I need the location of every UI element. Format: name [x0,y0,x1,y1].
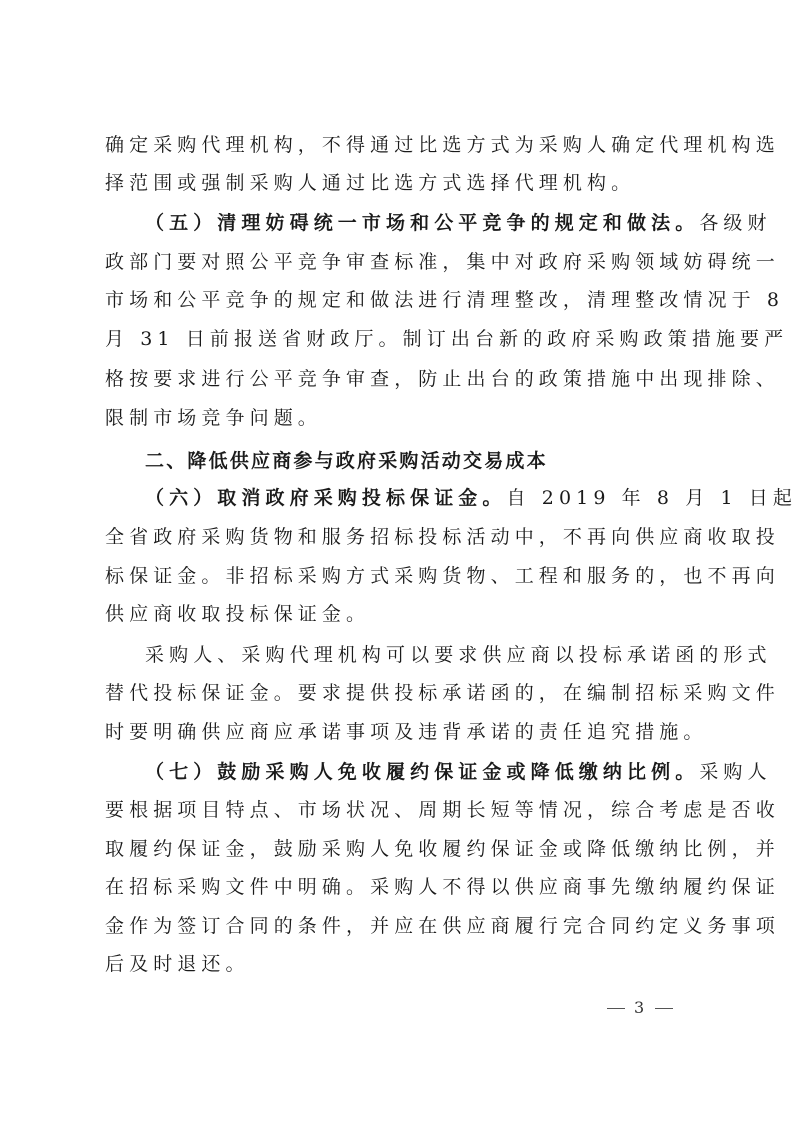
section-5-title: （五）清理妨碍统一市场和公平竞争的规定和做法。 [145,212,699,234]
paragraph-line: 替代投标保证金。要求提供投标承诺函的，在编制招标采购文件 [105,678,691,708]
paragraph-line: 金作为签订合同的条件，并应在供应商履行完合同约定义务事项 [105,911,691,941]
paragraph-line: 格按要求进行公平竞争审查，防止出台的政策措施中出现排除、 [105,364,691,394]
paragraph-line: 时要明确供应商应承诺事项及违背承诺的责任追究措施。 [105,717,691,747]
paragraph-line: 要根据项目特点、市场状况、周期长短等情况，综合考虑是否收 [105,795,691,825]
section-7-line: （七）鼓励采购人免收履约保证金或降低缴纳比例。采购人 [105,757,691,787]
paragraph-line: 市场和公平竞争的规定和做法进行清理整改，清理整改情况于 8 [105,285,691,315]
section-6-line: （六）取消政府采购投标保证金。自 2019 年 8 月 1 日起，在 [105,483,691,513]
paragraph-line: 采购人、采购代理机构可以要求供应商以投标承诺函的形式 [105,640,691,670]
dash-left [607,1008,625,1009]
paragraph-line: 政部门要对照公平竞争审查标准，集中对政府采购领域妨碍统一 [105,247,691,277]
paragraph-line: 限制市场竞争问题。 [105,403,691,433]
section-6-title: （六）取消政府采购投标保证金。 [145,487,507,509]
section-5-line: （五）清理妨碍统一市场和公平竞争的规定和做法。各级财 [105,208,691,238]
paragraph-line: 在招标采购文件中明确。采购人不得以供应商事先缴纳履约保证 [105,872,691,902]
paragraph-text: 采购人 [699,761,771,783]
paragraph-line: 供应商收取投标保证金。 [105,599,691,629]
section-7-title: （七）鼓励采购人免收履约保证金或降低缴纳比例。 [145,761,699,783]
paragraph-line: 全省政府采购货物和服务招标投标活动中，不再向供应商收取投 [105,522,691,552]
document-page: 确定采购代理机构，不得通过比选方式为采购人确定代理机构选 择范围或强制采购人通过… [0,0,793,1122]
page-number: 3 [598,998,682,1017]
paragraph-line: 标保证金。非招标采购方式采购货物、工程和服务的，也不再向 [105,561,691,591]
paragraph-line: 确定采购代理机构，不得通过比选方式为采购人确定代理机构选 [105,130,691,160]
paragraph-line: 月 31 日前报送省财政厅。制订出台新的政府采购政策措施要严 [105,324,691,354]
paragraph-line: 后及时退还。 [105,949,691,979]
paragraph-line: 择范围或强制采购人通过比选方式选择代理机构。 [105,168,691,198]
paragraph-text: 自 2019 年 8 月 1 日起，在 [507,487,793,509]
page-number-value: 3 [634,998,646,1017]
section-heading-2: 二、降低供应商参与政府采购活动交易成本 [105,446,691,476]
paragraph-line: 取履约保证金，鼓励采购人免收履约保证金或降低缴纳比例，并 [105,834,691,864]
paragraph-text: 各级财 [699,212,771,234]
dash-right [655,1008,673,1009]
